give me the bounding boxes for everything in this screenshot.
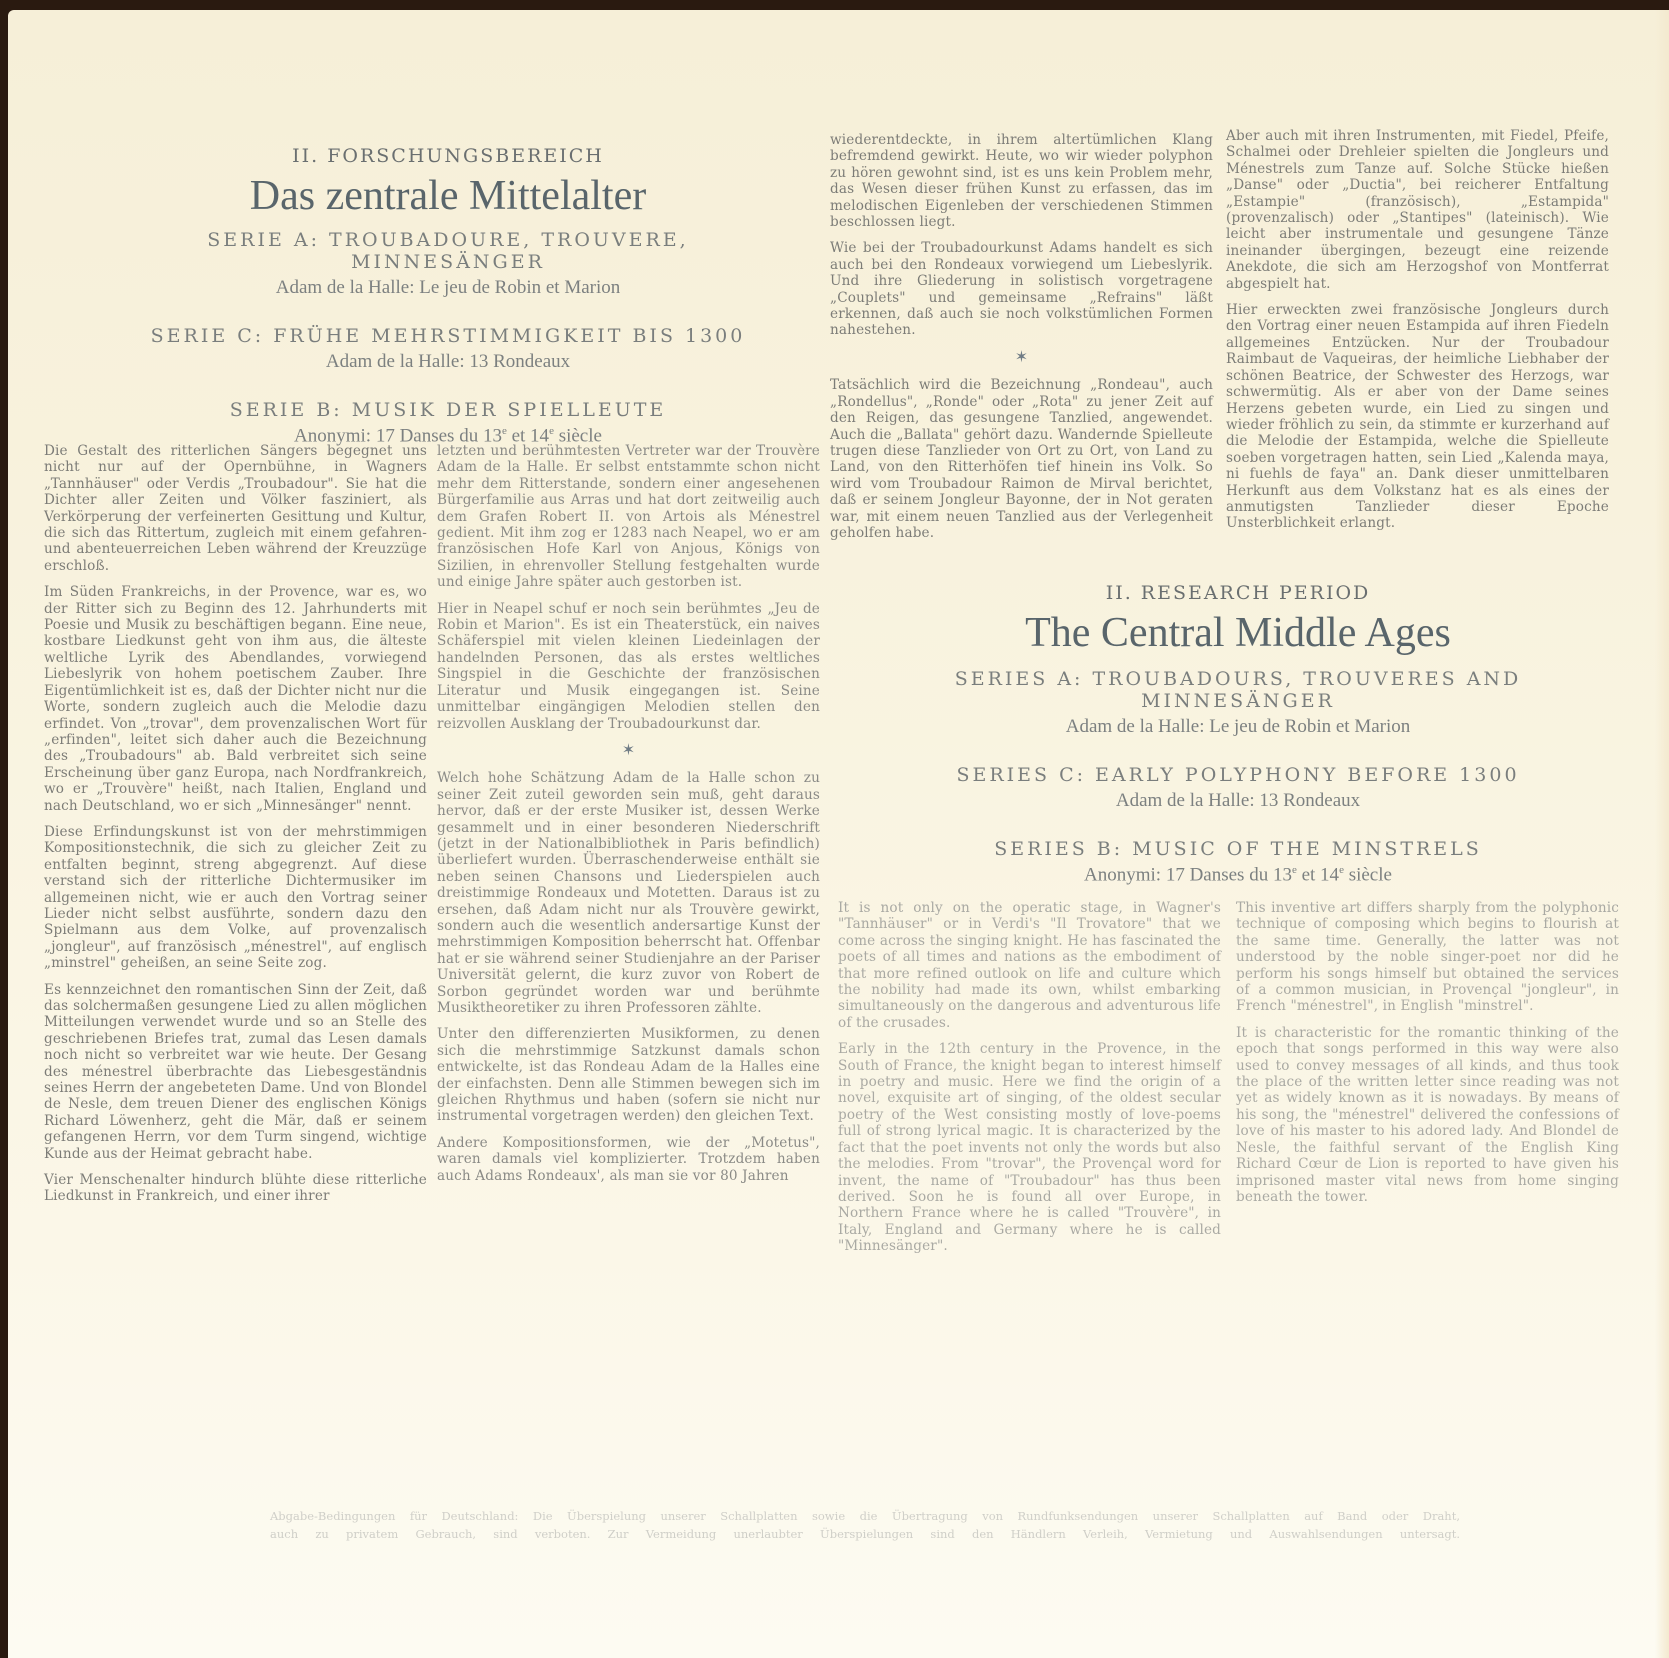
paragraph: Die Gestalt des ritterlichen Sängers beg…: [44, 443, 427, 574]
paragraph: letzten und berühmtesten Vertreter war d…: [437, 443, 820, 591]
section-divider-asterisk: ✶: [830, 349, 1213, 365]
paragraph: Wie bei der Troubadourkunst Adams handel…: [830, 240, 1213, 338]
legal-notice-line-2: auch zu privatem Gebrauch, sind verboten…: [270, 1525, 1460, 1543]
english-header: II. RESEARCH PERIOD The Central Middle A…: [868, 582, 1608, 887]
record-sleeve-back: II. FORSCHUNGSBEREICH Das zentrale Mitte…: [8, 10, 1669, 1658]
series-c-work-en: Adam de la Halle: 13 Rondeaux: [868, 790, 1608, 812]
research-period-label: II. FORSCHUNGSBEREICH: [108, 145, 788, 167]
paragraph: It is characteristic for the romantic th…: [1236, 1025, 1619, 1205]
paragraph: Im Süden Frankreichs, in der Provence, w…: [44, 584, 427, 814]
series-a-work-en: Adam de la Halle: Le jeu de Robin et Mar…: [868, 716, 1608, 738]
series-a-label-en: SERIES A: TROUBADOURS, TROUVERES AND MIN…: [868, 668, 1608, 712]
paragraph: Welch hohe Schätzung Adam de la Halle sc…: [437, 770, 820, 1016]
paragraph: wiederentdeckte, in ihrem altertümlichen…: [830, 132, 1213, 230]
paragraph: Diese Erfindungskunst ist von der mehrst…: [44, 824, 427, 972]
page-title-en: The Central Middle Ages: [868, 610, 1608, 656]
paragraph: Tatsächlich wird die Bezeichnung „Rondea…: [830, 377, 1213, 541]
series-c-label-en: SERIES C: EARLY POLYPHONY BEFORE 1300: [868, 764, 1608, 786]
research-period-label-en: II. RESEARCH PERIOD: [868, 582, 1608, 604]
paragraph: Aber auch mit ihren Instrumenten, mit Fi…: [1226, 128, 1609, 292]
paragraph: Unter den differenzierten Musikformen, z…: [437, 1026, 820, 1124]
german-column-3: wiederentdeckte, in ihrem altertümlichen…: [830, 132, 1213, 551]
paragraph: Hier in Neapel schuf er noch sein berühm…: [437, 601, 820, 732]
legal-notice: Abgabe-Bedingungen für Deutschland: Die …: [270, 1507, 1460, 1543]
paragraph: This inventive art differs sharply from …: [1236, 900, 1619, 1015]
paragraph: Hier erweckten zwei französische Jongleu…: [1226, 302, 1609, 532]
paragraph: Es kennzeichnet den romantischen Sinn de…: [44, 982, 427, 1162]
german-column-2: letzten und berühmtesten Vertreter war d…: [437, 443, 820, 1194]
english-column-1: It is not only on the operatic stage, in…: [838, 900, 1221, 1265]
legal-notice-line-1: Abgabe-Bedingungen für Deutschland: Die …: [270, 1507, 1460, 1525]
german-column-4: Aber auch mit ihren Instrumenten, mit Fi…: [1226, 128, 1609, 542]
paragraph: It is not only on the operatic stage, in…: [838, 900, 1221, 1031]
paragraph: Andere Kompositionsformen, wie der „Mote…: [437, 1135, 820, 1184]
series-a-label: SERIE A: TROUBADOURE, TROUVERE, MINNESÄN…: [108, 229, 788, 273]
series-c-label: SERIE C: FRÜHE MEHRSTIMMIGKEIT BIS 1300: [108, 325, 788, 347]
series-b-label: SERIE B: MUSIK DER SPIELLEUTE: [108, 399, 788, 421]
series-c-work: Adam de la Halle: 13 Rondeaux: [108, 351, 788, 373]
series-b-work-en: Anonymi: 17 Danses du 13e et 14e siècle: [868, 864, 1608, 886]
german-column-1: Die Gestalt des ritterlichen Sängers beg…: [44, 443, 427, 1215]
german-header: II. FORSCHUNGSBEREICH Das zentrale Mitte…: [108, 145, 788, 448]
section-divider-asterisk: ✶: [437, 742, 820, 758]
page-title: Das zentrale Mittelalter: [108, 173, 788, 219]
series-a-work: Adam de la Halle: Le jeu de Robin et Mar…: [108, 277, 788, 299]
english-column-2: This inventive art differs sharply from …: [1236, 900, 1619, 1215]
series-b-label-en: SERIES B: MUSIC OF THE MINSTRELS: [868, 838, 1608, 860]
paragraph: Vier Menschenalter hindurch blühte diese…: [44, 1172, 427, 1205]
paragraph: Early in the 12th century in the Provenc…: [838, 1041, 1221, 1254]
